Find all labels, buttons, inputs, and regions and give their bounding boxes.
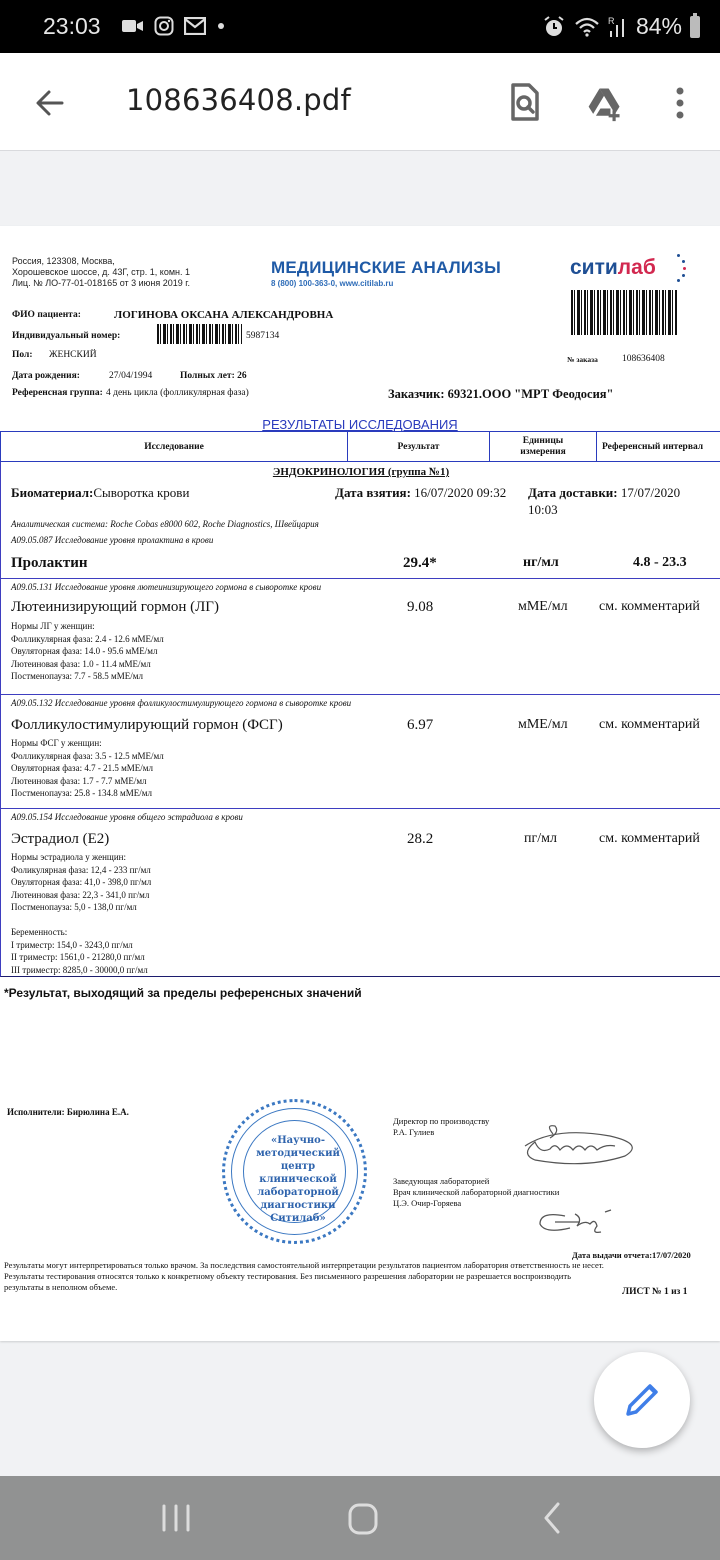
test-reference: 4.8 - 23.3 bbox=[633, 555, 687, 571]
taken-date: Дата взятия: 16/07/2020 09:32 bbox=[335, 485, 506, 501]
test-name: Лютеинизирующий гормон (ЛГ) bbox=[11, 599, 219, 616]
citilab-logo: ситилаб bbox=[570, 256, 656, 280]
document-title: 108636408.pdf bbox=[126, 83, 351, 117]
logo-dots-icon bbox=[675, 254, 687, 284]
brand-header: МЕДИЦИНСКИЕ АНАЛИЗЫ 8 (800) 100-363-0, w… bbox=[271, 258, 501, 288]
wifi-icon bbox=[574, 16, 600, 38]
table-row: ЭНДОКРИНОЛОГИЯ (группа №1) Биоматериал:С… bbox=[0, 462, 720, 579]
search-in-document-icon[interactable] bbox=[505, 81, 545, 125]
dob: 27/04/1994 bbox=[109, 371, 152, 381]
patient-barcode bbox=[157, 324, 242, 344]
back-arrow-icon[interactable] bbox=[30, 83, 70, 123]
stamp-text: «Научно-методический центр клинической л… bbox=[253, 1134, 343, 1225]
test-name: Эстрадиол (E2) bbox=[11, 831, 109, 848]
instagram-icon bbox=[154, 16, 174, 36]
table-header: Исследование Результат Единицы измерения… bbox=[0, 432, 720, 462]
test-code: A09.05.132 Исследование уровня фолликуло… bbox=[11, 698, 351, 708]
footnote: *Результат, выходящий за пределы референ… bbox=[4, 986, 362, 1000]
dob-label: Дата рождения: bbox=[12, 371, 80, 381]
status-time: 23:03 bbox=[43, 13, 101, 40]
dot-icon bbox=[216, 21, 226, 31]
director-signature-icon bbox=[515, 1124, 645, 1169]
table-row: A09.05.132 Исследование уровня фолликуло… bbox=[0, 695, 720, 809]
sex-label: Пол: bbox=[12, 350, 33, 360]
results-title: РЕЗУЛЬТАТЫ ИССЛЕДОВАНИЯ bbox=[0, 417, 720, 432]
test-reference: см. комментарий bbox=[599, 831, 700, 847]
col-units: Единицы измерения bbox=[490, 432, 597, 462]
lab-stamp: «Научно-методический центр клинической л… bbox=[222, 1099, 367, 1244]
col-test: Исследование bbox=[0, 432, 348, 462]
test-name: Пролактин bbox=[11, 555, 88, 572]
biomaterial: Биоматериал:Сыворотка крови bbox=[11, 485, 189, 501]
lab-address: Россия, 123308, Москва, Хорошевское шосс… bbox=[12, 256, 190, 289]
director-signature-block: Директор по производству Р.А. Гулиев bbox=[393, 1116, 489, 1138]
test-name: Фолликулостимулирующий гормон (ФСГ) bbox=[11, 717, 283, 734]
ref-group-label: Референсная группа: bbox=[12, 388, 103, 398]
test-unit: мМЕ/мл bbox=[518, 599, 568, 615]
pdf-page[interactable]: Россия, 123308, Москва, Хорошевское шосс… bbox=[0, 226, 720, 1341]
more-vert-icon[interactable] bbox=[660, 81, 700, 125]
test-norms: Нормы эстрадиола у женщин: Фоликулярная … bbox=[11, 851, 151, 976]
test-result: 9.08 bbox=[407, 599, 433, 616]
col-reference: Референсный интервал bbox=[597, 432, 720, 462]
head-signature-block: Заведующая лабораторией Врач клинической… bbox=[393, 1176, 559, 1209]
test-result: 6.97 bbox=[407, 717, 433, 734]
home-icon[interactable] bbox=[343, 1498, 383, 1538]
test-norms: Нормы ФСГ у женщин: Фолликулярная фаза: … bbox=[11, 737, 164, 800]
add-to-drive-icon[interactable] bbox=[585, 81, 625, 125]
sheet-number: ЛИСТ № 1 из 1 bbox=[622, 1287, 688, 1297]
test-unit: пг/мл bbox=[524, 831, 557, 847]
test-unit: мМЕ/мл bbox=[518, 717, 568, 733]
edit-pencil-icon bbox=[622, 1380, 662, 1420]
order-label: № заказа bbox=[567, 355, 598, 364]
patient-id: 5987134 bbox=[246, 331, 279, 341]
test-unit: нг/мл bbox=[523, 555, 559, 571]
recent-apps-icon[interactable] bbox=[156, 1498, 196, 1538]
edit-button[interactable] bbox=[594, 1352, 690, 1448]
order-number: 108636408 bbox=[622, 354, 665, 364]
navigation-bar bbox=[0, 1476, 720, 1560]
executors: Исполнители: Бирюлина Е.А. bbox=[7, 1107, 129, 1117]
order-barcode bbox=[571, 290, 678, 335]
customer: Заказчик: 69321.ООО "МРТ Феодосия" bbox=[388, 387, 613, 402]
test-reference: см. комментарий bbox=[599, 717, 700, 733]
app-bar: 108636408.pdf bbox=[0, 53, 720, 151]
analytic-system: Аналитическая система: Roche Cobas e8000… bbox=[11, 519, 319, 529]
age: Полных лет: 26 bbox=[180, 371, 247, 381]
patient-name: ЛОГИНОВА ОКСАНА АЛЕКСАНДРОВНА bbox=[114, 309, 333, 321]
patient-name-label: ФИО пациента: bbox=[12, 310, 81, 320]
svg-text:R: R bbox=[608, 16, 615, 26]
results-table: Исследование Результат Единицы измерения… bbox=[0, 431, 720, 977]
group-title: ЭНДОКРИНОЛОГИЯ (группа №1) bbox=[1, 466, 720, 478]
test-norms: Нормы ЛГ у женщин: Фолликулярная фаза: 2… bbox=[11, 620, 164, 683]
alarm-icon bbox=[542, 15, 566, 39]
col-result: Результат bbox=[348, 432, 490, 462]
test-code: A09.05.154 Исследование уровня общего эс… bbox=[11, 812, 243, 822]
test-result: 28.2 bbox=[407, 831, 433, 848]
patient-id-label: Индивидуальный номер: bbox=[12, 331, 120, 341]
status-bar: 23:03 R 84% bbox=[0, 0, 720, 53]
ref-group: 4 день цикла (фолликулярная фаза) bbox=[106, 388, 249, 398]
test-code: A09.05.131 Исследование уровня лютеинизи… bbox=[11, 582, 321, 592]
back-icon[interactable] bbox=[532, 1498, 572, 1538]
report-issued-date: Дата выдачи отчета:17/07/2020 bbox=[572, 1250, 691, 1260]
table-row: A09.05.131 Исследование уровня лютеинизи… bbox=[0, 579, 720, 695]
battery-icon bbox=[690, 16, 700, 38]
table-row: A09.05.154 Исследование уровня общего эс… bbox=[0, 809, 720, 977]
battery-percent: 84% bbox=[636, 13, 682, 40]
test-result-flagged: 29.4* bbox=[403, 555, 437, 572]
test-reference: см. комментарий bbox=[599, 599, 700, 615]
test-code: A09.05.087 Исследование уровня пролактин… bbox=[11, 535, 213, 545]
delivered-time: 10:03 bbox=[528, 502, 558, 518]
sex: ЖЕНСКИЙ bbox=[49, 350, 97, 360]
disclaimer: Результаты могут интерпретироваться толь… bbox=[4, 1260, 604, 1293]
delivered-date: Дата доставки: 17/07/2020 bbox=[528, 485, 680, 501]
mail-icon bbox=[184, 17, 206, 35]
head-signature-icon bbox=[535, 1206, 620, 1238]
video-camera-icon bbox=[122, 18, 144, 34]
signal-roaming-icon: R bbox=[608, 15, 628, 39]
